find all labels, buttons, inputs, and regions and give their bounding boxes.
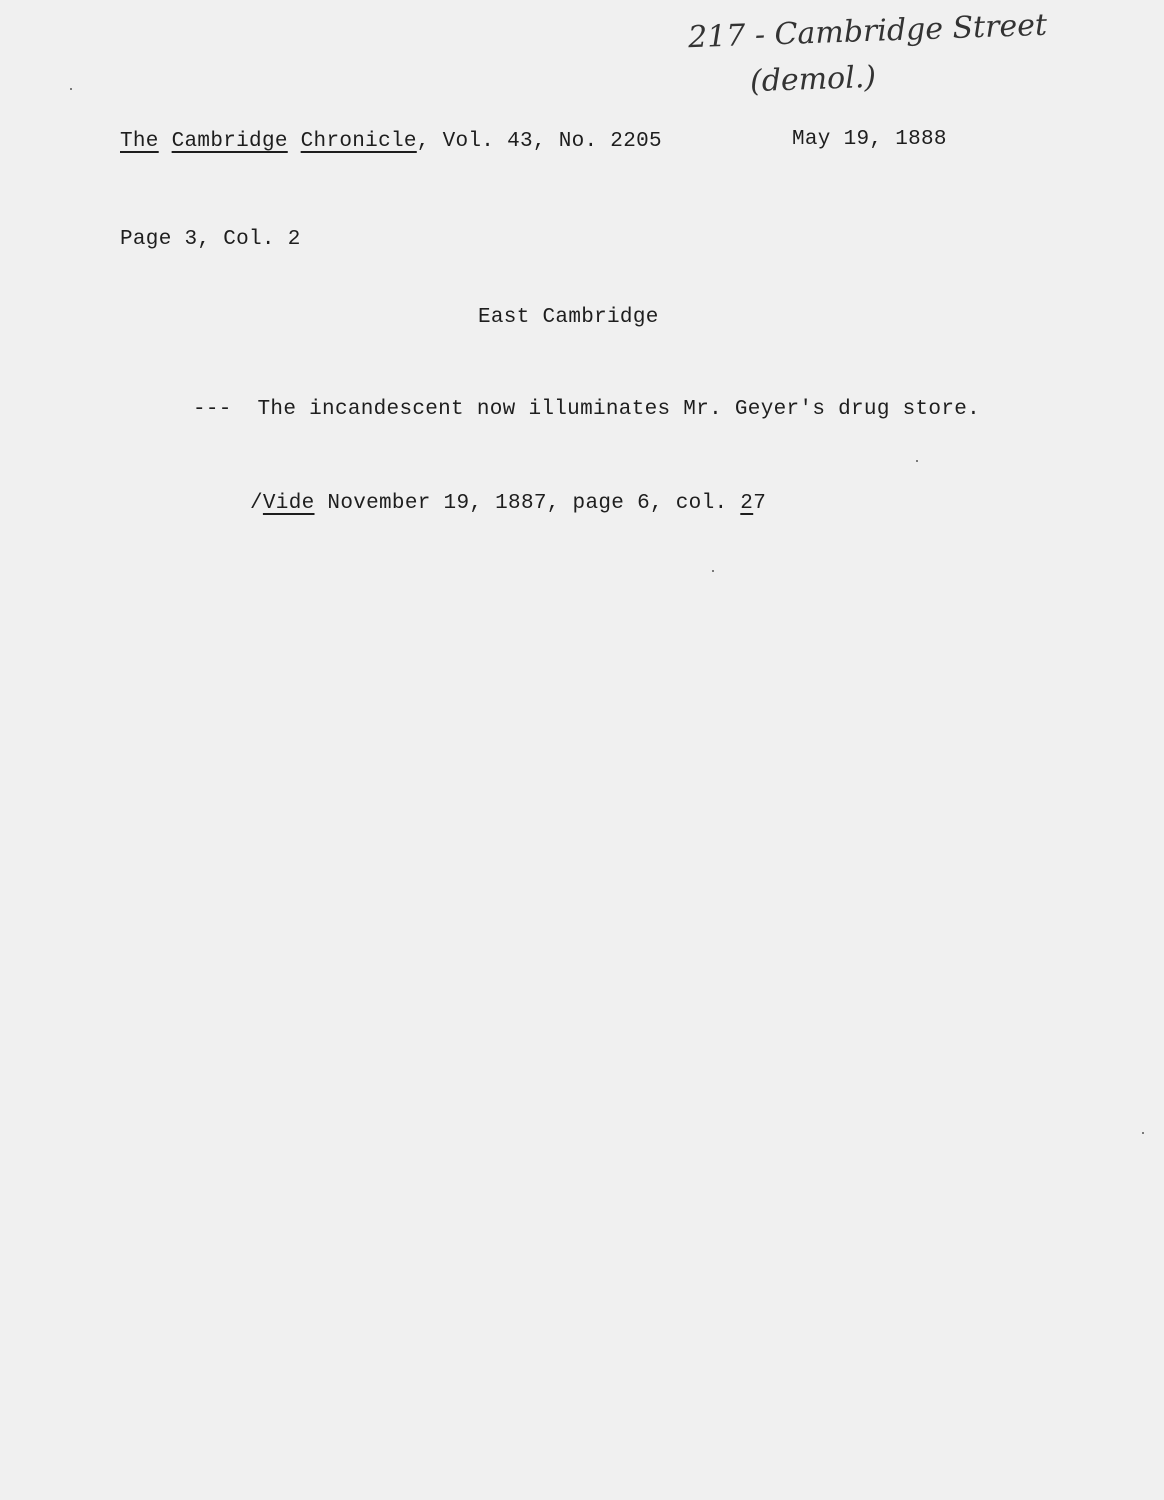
handwritten-note: (demol.) xyxy=(749,60,876,99)
page-column: Page 3, Col. 2 xyxy=(120,228,301,251)
citation-header: The Cambridge Chronicle, Vol. 43, No. 22… xyxy=(120,130,662,153)
paper-speck xyxy=(1142,1132,1144,1134)
volume-info: , Vol. 43, No. 2205 xyxy=(417,130,662,153)
newspaper-title-word: Cambridge xyxy=(172,130,288,153)
reference-text: November 19, 1887, page 6, col. xyxy=(315,492,741,515)
reference-close-bracket: 7 xyxy=(753,492,766,515)
newspaper-title-word: Chronicle xyxy=(301,130,417,153)
paper-speck xyxy=(712,570,714,572)
handwritten-address: 217 - Cambridge Street xyxy=(687,8,1047,56)
issue-date: May 19, 1888 xyxy=(792,128,947,151)
reference-open-bracket: / xyxy=(250,492,263,515)
reference-col-number: 2 xyxy=(740,492,753,515)
entry: --- The incandescent now illuminates Mr.… xyxy=(193,398,980,421)
vide-label: Vide xyxy=(263,492,315,515)
newspaper-title-word: The xyxy=(120,130,159,153)
entry-text: The incandescent now illuminates Mr. Gey… xyxy=(258,398,981,421)
reference: /Vide November 19, 1887, page 6, col. 27 xyxy=(250,492,766,515)
section-heading: East Cambridge xyxy=(478,306,659,329)
paper-speck xyxy=(70,88,72,90)
entry-dash: --- xyxy=(193,398,232,421)
paper-speck xyxy=(916,460,918,462)
document-page: 217 - Cambridge Street (demol.) The Camb… xyxy=(0,0,1164,1500)
